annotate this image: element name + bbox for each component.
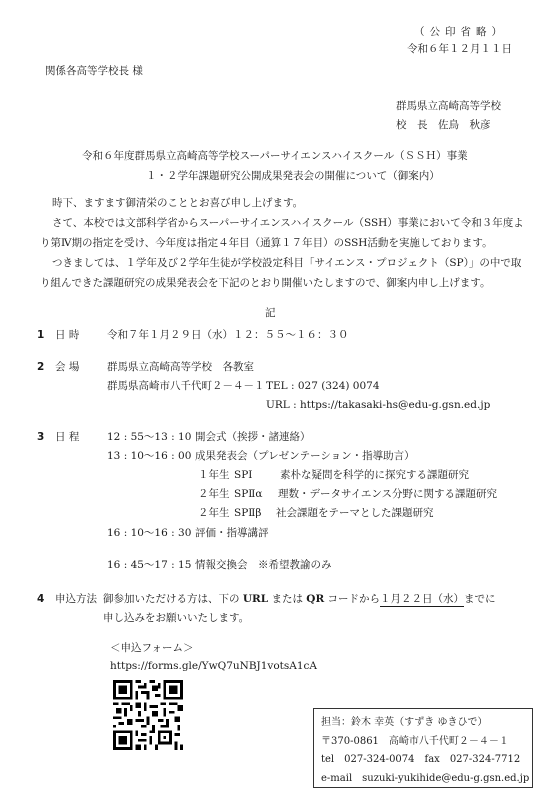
session-1-course: SPⅠ	[234, 470, 252, 481]
application-deadline: １月２２日（水）	[380, 593, 464, 607]
session-1-grade: １年生	[198, 470, 230, 481]
datetime-value: 令和７年１月２９日（水）１２：５５～１６：３０	[107, 330, 349, 341]
session-3-grade: ２年生	[198, 508, 230, 519]
greeting-paragraph: 時下、ますます御清栄のこととお喜び申し上げます。	[52, 198, 303, 209]
session-1-topic: 素朴な疑問を科学的に探究する課題研究	[280, 470, 469, 481]
session-2-topic: 理数・データサイエンス分野に関する課題研究	[278, 489, 497, 500]
venue-tel: TEL : 027 (324) 0074	[266, 381, 380, 392]
item-number-2: 2	[37, 362, 44, 373]
application-instruction-line-1: 御参加いただける方は、下の URL または QR コードから１月２２日（水）まで…	[103, 594, 496, 605]
schedule-time-review: 16 : 10～16 : 30	[107, 528, 191, 539]
sender-school: 群馬県立高崎高等学校	[396, 101, 501, 112]
ki-heading: 記	[265, 308, 276, 319]
schedule-desc-opening: 開会式（挨拶・諸連絡）	[195, 432, 311, 443]
instruction-text-end: までに	[464, 593, 496, 605]
application-instruction-line-2: 申し込みをお願いいたします。	[103, 613, 249, 624]
paragraph-3-line-1: つきましては、１学年及び２学年生徒が学校設定科目「サイエンス・プロジェクト（SP…	[52, 258, 521, 269]
form-label: ＜申込フォーム＞	[110, 643, 193, 654]
qr-code-icon[interactable]	[113, 680, 183, 750]
datetime-label: 日 時	[55, 330, 79, 341]
session-2-course: SPⅡα	[234, 489, 263, 500]
seal-omitted-note: （公印省略）	[414, 27, 507, 38]
instruction-url-label: URL	[243, 593, 268, 605]
venue-url[interactable]: URL : https://takasaki-hs@edu-g.gsn.ed.j…	[266, 400, 490, 411]
paragraph-2-line-2: り第Ⅳ期の指定を受け、今年度は指定４年目（通算１７年目）のSSH活動を実施してお…	[40, 238, 493, 249]
instruction-text-pre: 御参加いただける方は、下の	[103, 593, 243, 605]
contact-email[interactable]: e-mail suzuki-yukihide@edu-g.gsn.ed.jp	[321, 770, 532, 789]
session-2-grade: ２年生	[198, 489, 230, 500]
contact-box: 担当：鈴木 幸英（すずき ゆきひで） 〒370-0861 高崎市八千代町２－４－…	[313, 708, 533, 788]
addressee: 関係各高等学校長 様	[45, 66, 143, 77]
title-line-1: 令和６年度群馬県立高崎高等学校スーパーサイエンスハイスクール（ＳＳＨ）事業	[82, 151, 468, 162]
instruction-qr-label: QR	[306, 593, 324, 605]
item-number-1: 1	[37, 330, 44, 341]
application-label: 申込方法	[55, 594, 97, 605]
schedule-time-exchange: 16 : 45～17 : 15	[107, 560, 191, 571]
schedule-label: 日 程	[55, 432, 79, 443]
schedule-time-presentation: 13 : 10～16 : 00	[107, 451, 191, 462]
venue-label: 会 場	[55, 362, 79, 373]
paragraph-2-line-1: さて、本校では文部科学省からスーパーサイエンスハイスクール（SSH）事業において…	[52, 218, 524, 229]
schedule-desc-exchange: 情報交換会 ※希望教諭のみ	[195, 560, 332, 571]
contact-phone-fax: tel 027-324-0074 fax 027-324-7712	[321, 751, 532, 770]
session-3-topic: 社会課題をテーマとした課題研究	[276, 508, 434, 519]
paragraph-3-line-2: り組んできた課題研究の成果発表会を下記のとおり開催いたしますので、御案内申し上げ…	[40, 278, 490, 289]
schedule-time-opening: 12 : 55～13 : 10	[107, 432, 191, 443]
document-date: 令和６年１２月１１日	[407, 44, 512, 55]
contact-person: 担当：鈴木 幸英（すずき ゆきひで）	[321, 714, 532, 733]
venue-place: 群馬県立高崎高等学校 各教室	[107, 362, 254, 373]
instruction-text-mid: または	[268, 593, 306, 605]
instruction-text-post: コードから	[324, 593, 380, 605]
session-3-course: SPⅡβ	[234, 508, 261, 519]
schedule-desc-presentation: 成果発表会（プレゼンテーション・指導助言）	[195, 451, 415, 462]
sender-principal: 校 長 佐鳥 秋彦	[396, 120, 491, 131]
form-url-link[interactable]: https://forms.gle/YwQ7uNBJ1votsA1cA	[110, 661, 317, 672]
item-number-3: 3	[37, 432, 44, 443]
venue-address: 群馬県高崎市八千代町２－４－１	[107, 381, 265, 392]
title-line-2: １・２学年課題研究公開成果発表会の開催について（御案内）	[146, 171, 440, 182]
schedule-desc-review: 評価・指導講評	[195, 528, 269, 539]
contact-address: 〒370-0861 高崎市八千代町２－４－１	[321, 733, 532, 752]
item-number-4: 4	[37, 594, 44, 605]
